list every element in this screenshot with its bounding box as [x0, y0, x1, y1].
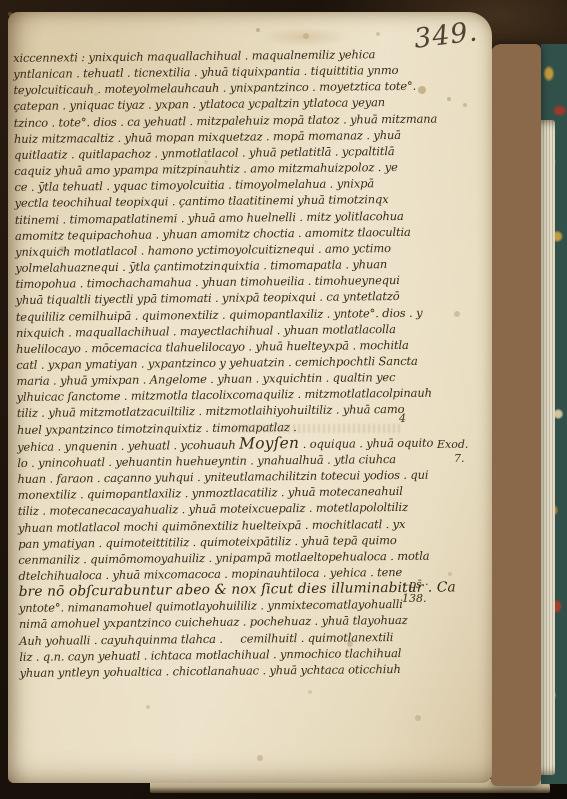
manuscript-text-block: xiccennexti : ynixquich maquallachihual …	[13, 46, 447, 682]
margin-note-psalm-number: 138.	[402, 592, 429, 606]
margin-note-exodus: Exod. 7.	[437, 438, 468, 466]
line-part: yehica . ynquenin . yehuatl . ycohuauh	[17, 437, 239, 453]
ink-show-through-smudge	[233, 424, 401, 433]
margin-note-chapter: 7.	[437, 452, 468, 466]
line-end-mark: 4	[399, 412, 406, 425]
manuscript-photo: 349. xiccennexti : ynixquich maquallachi…	[0, 0, 567, 799]
foxing-spots	[8, 12, 12, 16]
margin-note-psalm-label: · ps̄ ·	[402, 578, 429, 592]
line-part: . oquiqua . yhuā oquito	[299, 435, 433, 450]
browned-fore-edge	[491, 44, 541, 786]
word-moysen: Moyſen	[239, 434, 299, 453]
margin-note-psalm: · ps̄ · 138.	[402, 578, 429, 606]
margin-note-book: Exod.	[437, 438, 468, 452]
